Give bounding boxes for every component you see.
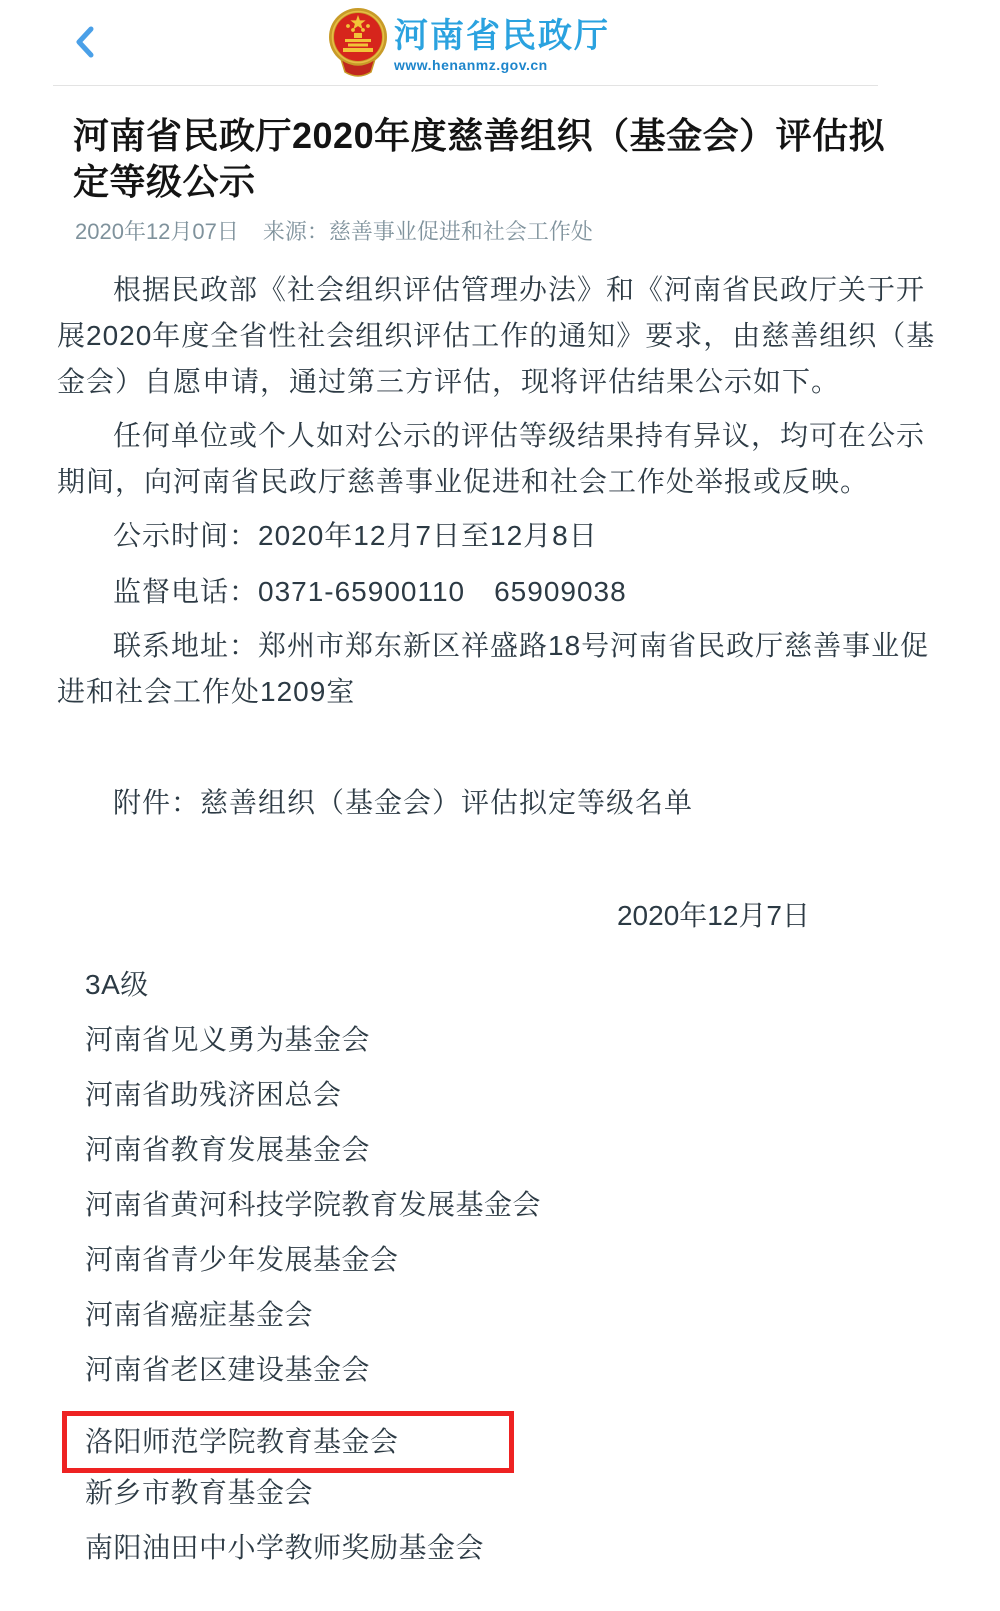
article-meta: 2020年12月07日来源：慈善事业促进和社会工作处 <box>75 219 940 245</box>
grade-label: 3A级 <box>85 971 940 999</box>
header-divider <box>53 85 878 86</box>
paragraph-objection: 任何单位或个人如对公示的评估等级结果持有异议，均可在公示期间，向河南省民政厅慈善… <box>57 413 940 505</box>
list-item: 河南省助残济困总会 <box>85 1081 940 1109</box>
paragraph-address: 联系地址：郑州市郑东新区祥盛路18号河南省民政厅慈善事业促进和社会工作处1209… <box>57 623 940 715</box>
grade-list: 3A级 河南省见义勇为基金会 河南省助残济困总会 河南省教育发展基金会 河南省黄… <box>85 971 940 1562</box>
site-url: www.henanmz.gov.cn <box>394 57 610 73</box>
paragraph-intro: 根据民政部《社会组织评估管理办法》和《河南省民政厅关于开展2020年度全省性社会… <box>57 267 940 405</box>
site-logo[interactable]: 河南省民政厅 www.henanmz.gov.cn <box>328 6 610 80</box>
article-source: 来源：慈善事业促进和社会工作处 <box>263 219 593 244</box>
app-header: 河南省民政厅 www.henanmz.gov.cn <box>0 0 1000 87</box>
sign-date: 2020年12月7日 <box>0 893 1000 939</box>
back-button[interactable] <box>74 25 96 59</box>
article: 河南省民政厅2020年度慈善组织（基金会）评估拟定等级公示 2020年12月07… <box>0 113 1000 1562</box>
highlight-box: 洛阳师范学院教育基金会 <box>62 1411 514 1473</box>
list-item: 河南省癌症基金会 <box>85 1301 940 1329</box>
list-item: 河南省青少年发展基金会 <box>85 1246 940 1274</box>
list-item: 河南省见义勇为基金会 <box>85 1026 940 1054</box>
paragraph-period: 公示时间：2020年12月7日至12月8日 <box>57 513 940 559</box>
publish-date: 2020年12月07日 <box>75 219 239 244</box>
list-item: 河南省老区建设基金会 <box>85 1356 940 1384</box>
list-item: 河南省黄河科技学院教育发展基金会 <box>85 1191 940 1219</box>
attachment-line: 附件：慈善组织（基金会）评估拟定等级名单 <box>57 780 940 826</box>
list-item: 南阳油田中小学教师奖励基金会 <box>85 1534 940 1562</box>
highlighted-list-item: 洛阳师范学院教育基金会 <box>85 1428 509 1456</box>
list-item: 河南省教育发展基金会 <box>85 1136 940 1164</box>
national-emblem-icon <box>328 6 388 80</box>
page-title: 河南省民政厅2020年度慈善组织（基金会）评估拟定等级公示 <box>73 113 888 205</box>
chevron-left-icon <box>74 25 96 59</box>
site-name: 河南省民政厅 <box>394 18 610 54</box>
logo-text: 河南省民政厅 www.henanmz.gov.cn <box>394 6 610 73</box>
list-item: 新乡市教育基金会 <box>85 1479 940 1507</box>
paragraph-phone: 监督电话：0371-65900110 65909038 <box>57 569 940 615</box>
